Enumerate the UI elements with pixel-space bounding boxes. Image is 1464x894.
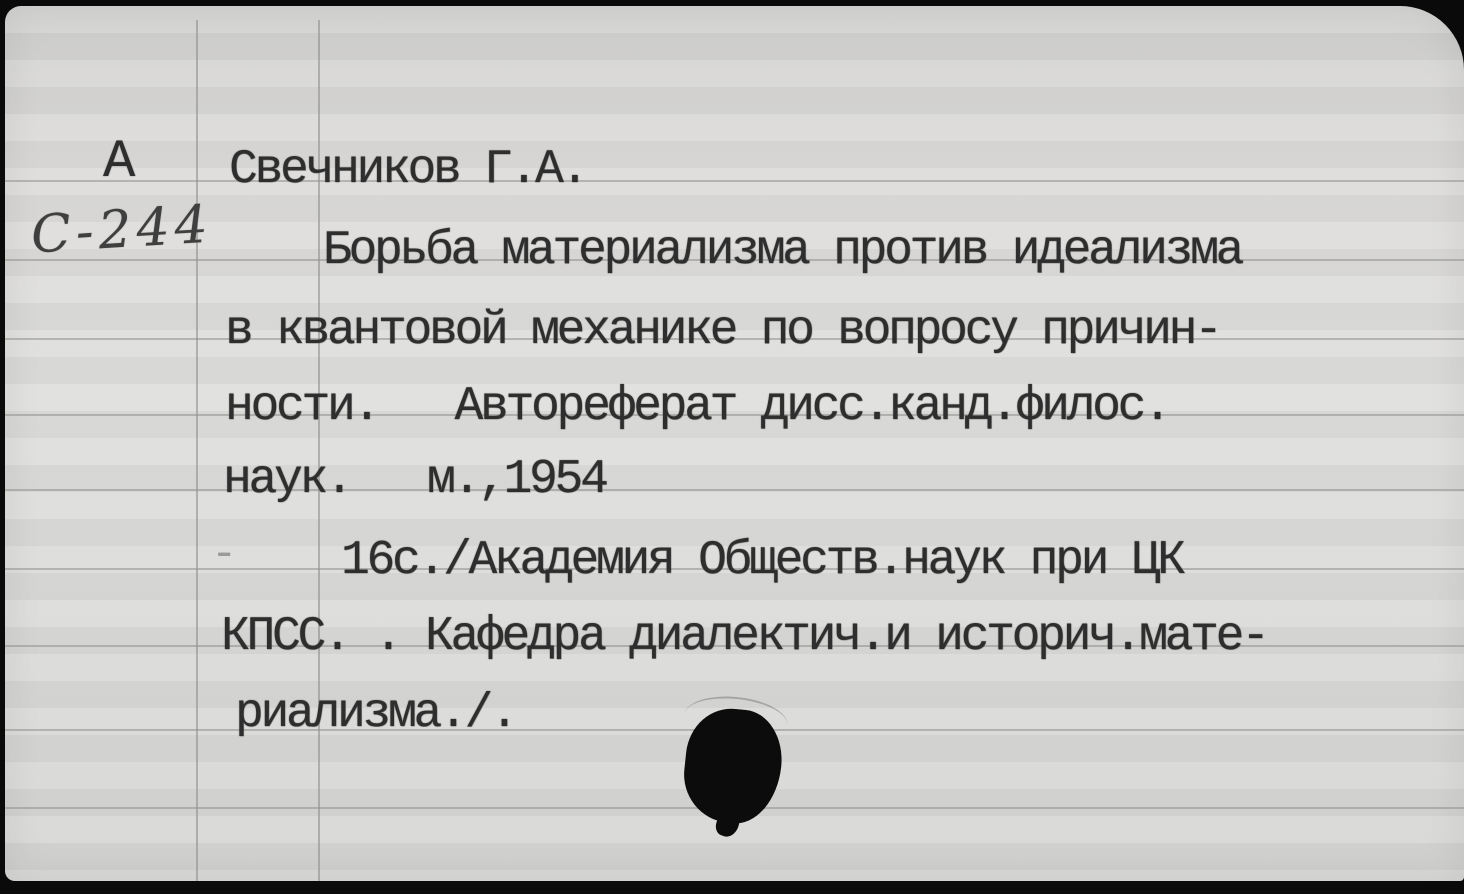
vertical-rule (196, 20, 198, 881)
typed-line-title-2: в квантовой механике по вопросу причин- (225, 307, 1220, 355)
typed-line-collation-2: КПСС. . Кафедра диалектич.и историч.мате… (221, 613, 1267, 661)
catalog-card: А С-244 - Свечников Г.А. Борьба материал… (5, 6, 1464, 881)
handwritten-call-number: С-244 (29, 195, 214, 266)
horizontal-rule (5, 180, 1464, 182)
typed-line-collation-3: риализма./. (235, 690, 516, 738)
typed-line-collation-1: 16с./Академия Обществ.наук при ЦК (341, 537, 1183, 585)
margin-dash-mark: - (211, 530, 237, 580)
ink-blot (679, 704, 786, 827)
typed-line-imprint: наук. м.,1954 (223, 456, 606, 504)
typed-line-title-3: ности. Автореферат дисс.канд.филос. (225, 383, 1169, 431)
typed-line-title-1: Борьба материализма против идеализма (323, 227, 1241, 275)
classification-letter: А (103, 132, 135, 193)
typed-line-author: Свечников Г.А. (229, 146, 586, 194)
